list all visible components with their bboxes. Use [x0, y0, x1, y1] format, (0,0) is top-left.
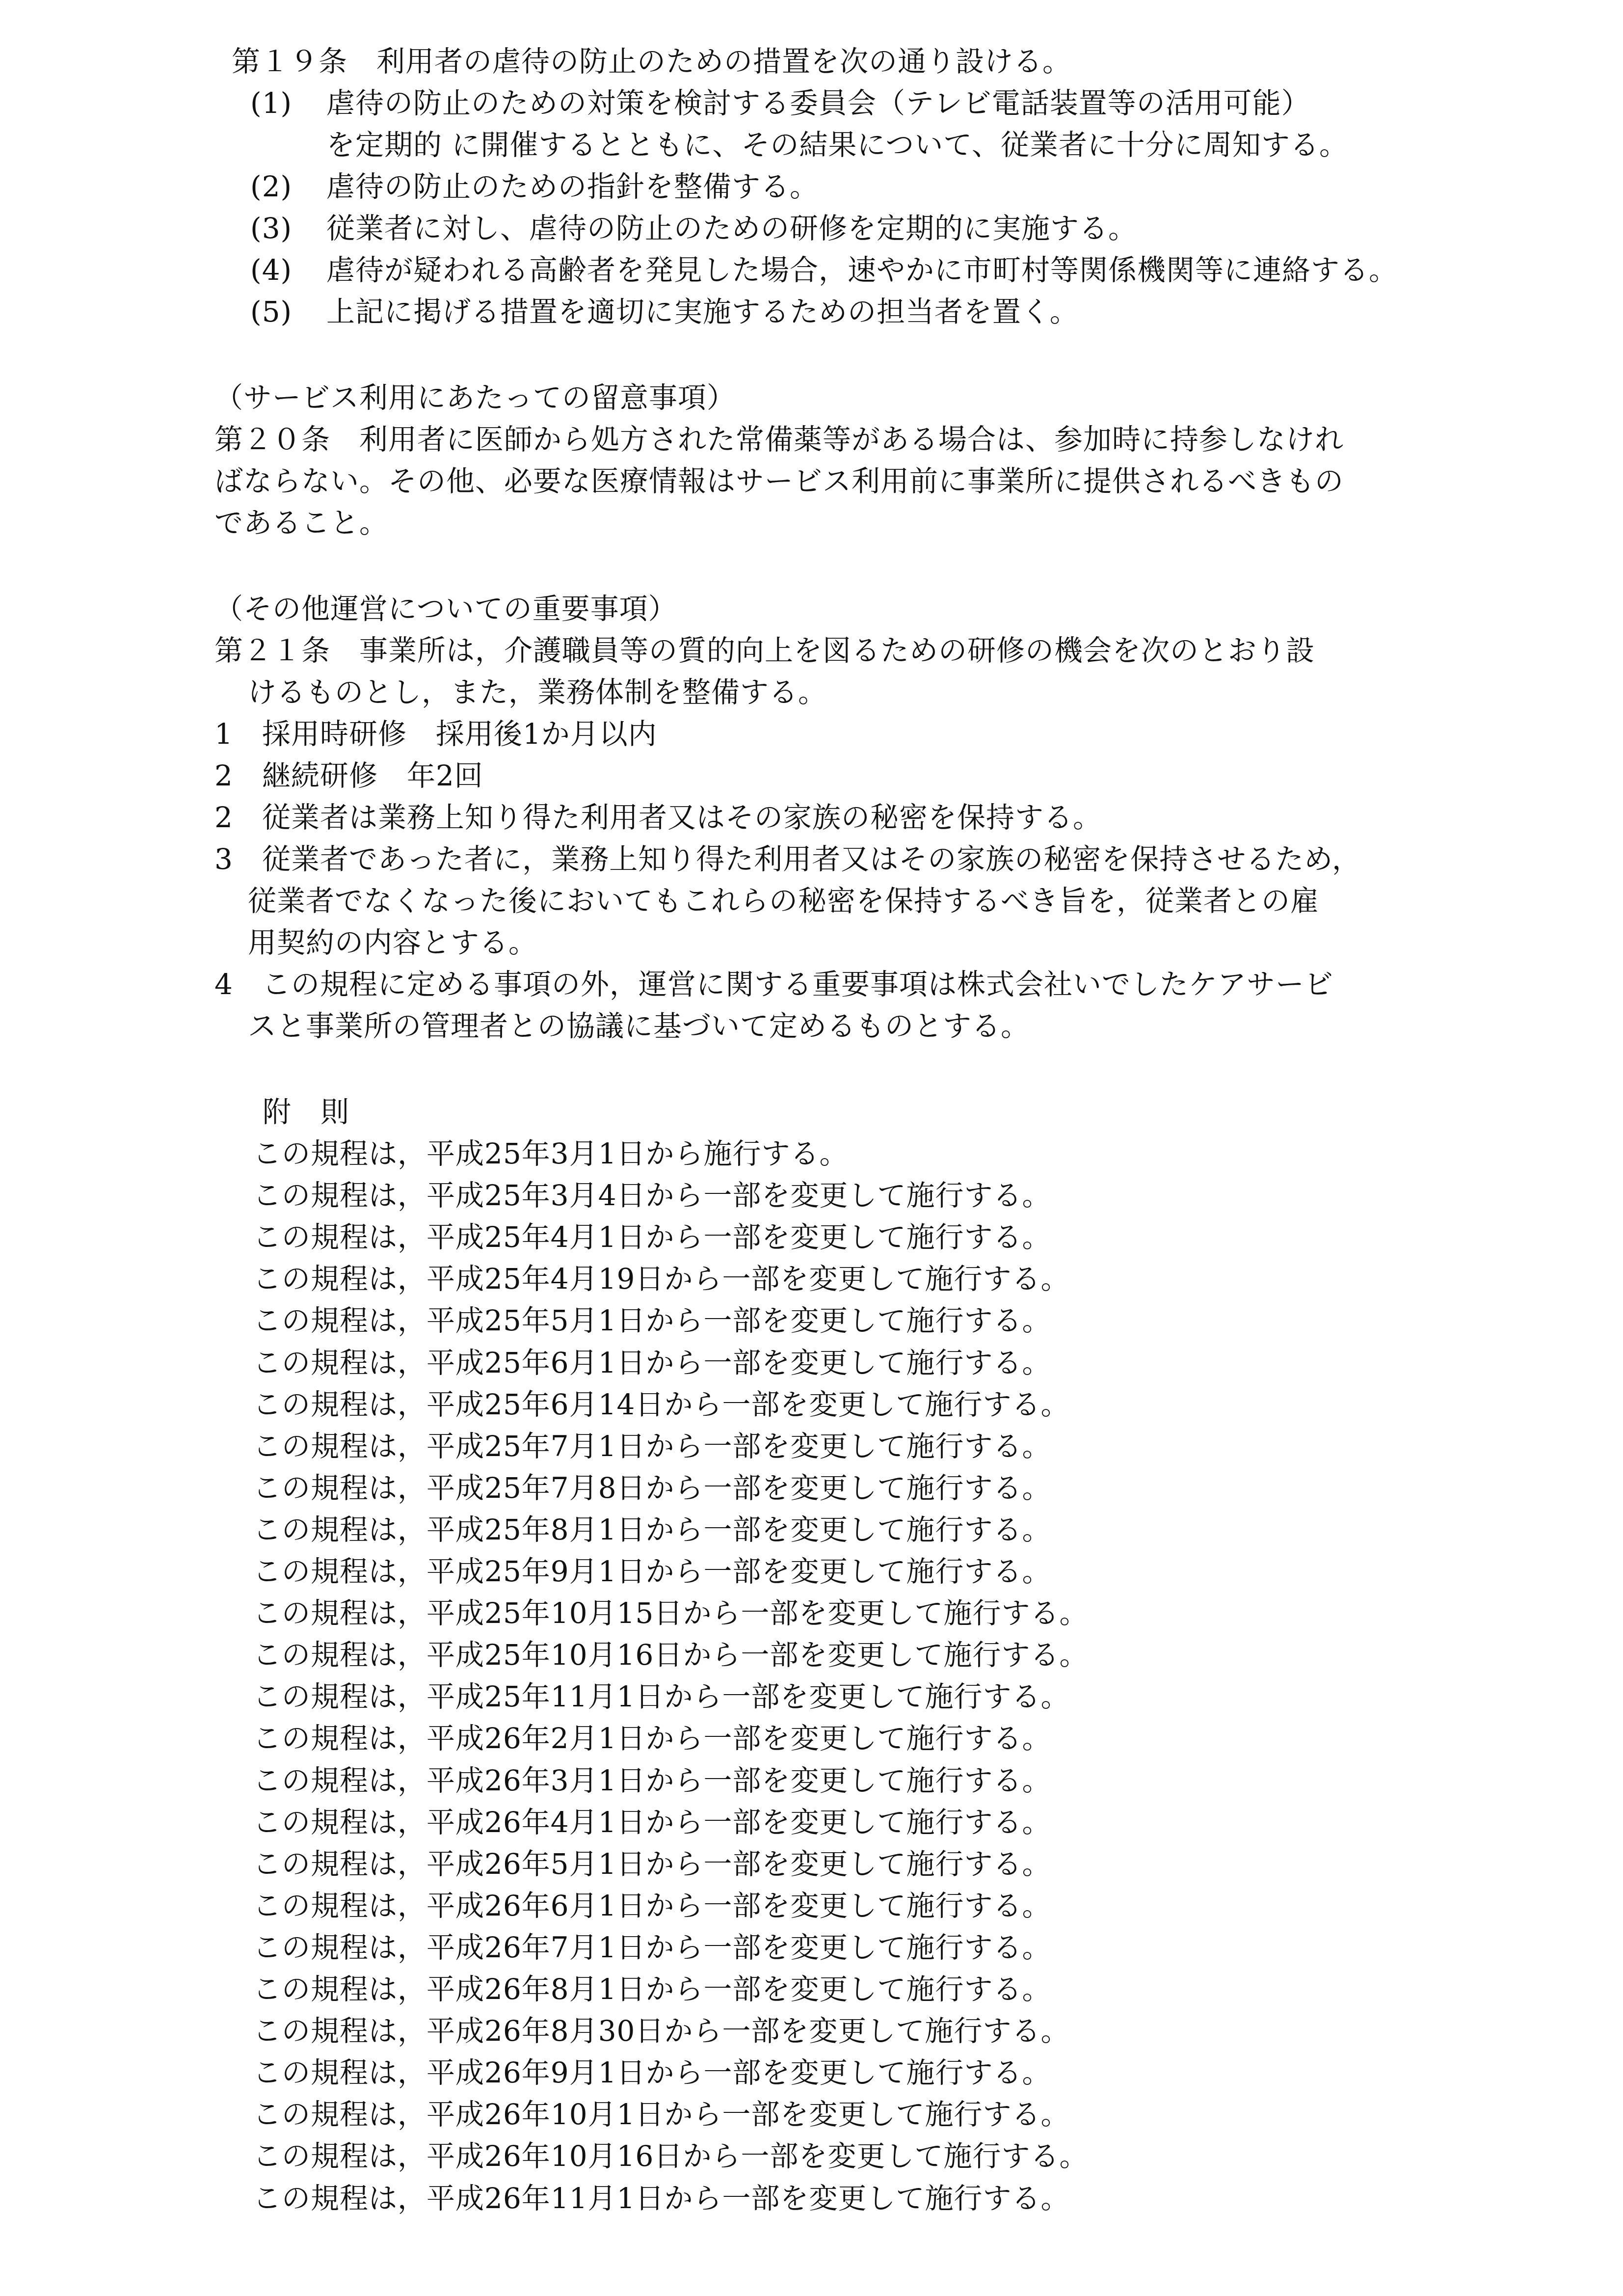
- document-page: 第１９条 利用者の虐待の防止のための措置を次の通り設ける。 (1) 虐待の防止の…: [0, 0, 1623, 2296]
- article-21-item-1: 1 採用時研修 採用後1か月以内: [214, 717, 657, 751]
- article-21-line: 第２１条 事業所は，介護職員等の質的向上を図るための研修の機会を次のとおり設: [214, 633, 1315, 668]
- article-20-line: ばならない。その他、必要な医療情報はサービス利用前に事業所に提供されるべきもの: [214, 464, 1344, 498]
- supplementary-entry: この規程は，平成26年10月1日から一部を変更して施行する。: [253, 2097, 1070, 2132]
- article-19-item-2-label: (2): [250, 169, 292, 204]
- supplementary-entry: この規程は，平成25年10月16日から一部を変更して施行する。: [253, 1638, 1088, 1672]
- article-19-item-4-label: (4): [250, 253, 292, 287]
- article-19-item-2-text: 虐待の防止のための指針を整備する。: [326, 169, 819, 204]
- article-20-line: 第２０条 利用者に医師から処方された常備薬等がある場合は、参加時に持参しなけれ: [214, 422, 1344, 457]
- article-21-item-4-cont: スと事業所の管理者との協議に基づいて定めるものとする。: [248, 1009, 1030, 1043]
- supplementary-entry: この規程は，平成26年8月30日から一部を変更して施行する。: [253, 2014, 1070, 2048]
- article-19-item-5-label: (5): [250, 295, 292, 329]
- article-19-item-1-text-cont: を定期的 に開催するとともに、その結果について、従業者に十分に周知する。: [326, 128, 1348, 162]
- supplementary-entry: この規程は，平成25年7月8日から一部を変更して施行する。: [253, 1471, 1051, 1505]
- article-19-item-4-text: 虐待が疑われる高齢者を発見した場合，速やかに市町村等関係機関等に連絡する。: [326, 253, 1398, 287]
- supplementary-entry: この規程は，平成25年3月1日から施行する。: [253, 1136, 849, 1171]
- article-21-item-2b: 2 従業者は業務上知り得た利用者又はその家族の秘密を保持する。: [214, 800, 1102, 835]
- supplementary-entry: この規程は，平成26年9月1日から一部を変更して施行する。: [253, 2055, 1051, 2090]
- supplementary-entry: この規程は，平成26年8月1日から一部を変更して施行する。: [253, 1972, 1051, 2006]
- supplementary-entry: この規程は，平成26年5月1日から一部を変更して施行する。: [253, 1847, 1051, 1881]
- article-19-heading: 第１９条 利用者の虐待の防止のための措置を次の通り設ける。: [232, 44, 1071, 79]
- supplementary-entry: この規程は，平成25年6月14日から一部を変更して施行する。: [253, 1387, 1070, 1422]
- supplementary-entry: この規程は，平成25年3月4日から一部を変更して施行する。: [253, 1178, 1051, 1213]
- supplementary-entry: この規程は，平成25年11月1日から一部を変更して施行する。: [253, 1679, 1070, 1714]
- supplementary-entry: この規程は，平成25年9月1日から一部を変更して施行する。: [253, 1554, 1051, 1589]
- supplementary-entry: この規程は，平成25年6月1日から一部を変更して施行する。: [253, 1346, 1051, 1380]
- supplementary-entry: この規程は，平成25年4月1日から一部を変更して施行する。: [253, 1220, 1051, 1254]
- article-21-item-2: 2 継続研修 年2回: [214, 758, 483, 793]
- article-21-item-4: 4 この規程に定める事項の外，運営に関する重要事項は株式会社いでしたケアサービ: [214, 967, 1333, 1001]
- supplementary-entry: この規程は，平成25年8月1日から一部を変更して施行する。: [253, 1513, 1051, 1547]
- article-20-caption: （サービス利用にあたっての留意事項）: [214, 380, 736, 415]
- article-21-item-3: 3 従業者であった者に，業務上知り得た利用者又はその家族の秘密を保持させるため，: [214, 842, 1361, 876]
- supplementary-entry: この規程は，平成25年5月1日から一部を変更して施行する。: [253, 1303, 1051, 1338]
- supplementary-heading: 附 則: [263, 1095, 349, 1129]
- supplementary-entry: この規程は，平成26年6月1日から一部を変更して施行する。: [253, 1889, 1051, 1923]
- supplementary-entry: この規程は，平成26年10月16日から一部を変更して施行する。: [253, 2139, 1088, 2173]
- article-21-line-cont: けるものとし，また，業務体制を整備する。: [248, 675, 827, 709]
- supplementary-entry: この規程は，平成26年7月1日から一部を変更して施行する。: [253, 1930, 1051, 1965]
- article-19-item-3-label: (3): [250, 211, 292, 245]
- supplementary-entry: この規程は，平成25年4月19日から一部を変更して施行する。: [253, 1262, 1070, 1296]
- supplementary-entry: この規程は，平成25年7月1日から一部を変更して施行する。: [253, 1429, 1051, 1463]
- article-21-caption: （その他運営についての重要事項）: [214, 592, 677, 626]
- supplementary-entry: この規程は，平成26年11月1日から一部を変更して施行する。: [253, 2181, 1070, 2215]
- article-19-item-5-text: 上記に掲げる措置を適切に実施するための担当者を置く。: [326, 295, 1079, 329]
- article-19-item-3-text: 従業者に対し、虐待の防止のための研修を定期的に実施する。: [326, 211, 1137, 245]
- supplementary-entry: この規程は，平成26年4月1日から一部を変更して施行する。: [253, 1805, 1051, 1839]
- supplementary-entry: この規程は，平成25年10月15日から一部を変更して施行する。: [253, 1596, 1088, 1630]
- article-20-line: であること。: [214, 506, 388, 540]
- article-21-item-3-cont: 用契約の内容とする。: [248, 925, 537, 960]
- article-19-item-1-label: (1): [250, 86, 292, 120]
- article-21-item-3-cont: 従業者でなくなった後においてもこれらの秘密を保持するべき旨を，従業者との雇: [248, 884, 1319, 918]
- supplementary-entry: この規程は，平成26年2月1日から一部を変更して施行する。: [253, 1721, 1051, 1756]
- article-19-item-1-text: 虐待の防止のための対策を検討する委員会（テレビ電話装置等の活用可能）: [326, 86, 1310, 120]
- supplementary-entry: この規程は，平成26年3月1日から一部を変更して施行する。: [253, 1763, 1051, 1798]
